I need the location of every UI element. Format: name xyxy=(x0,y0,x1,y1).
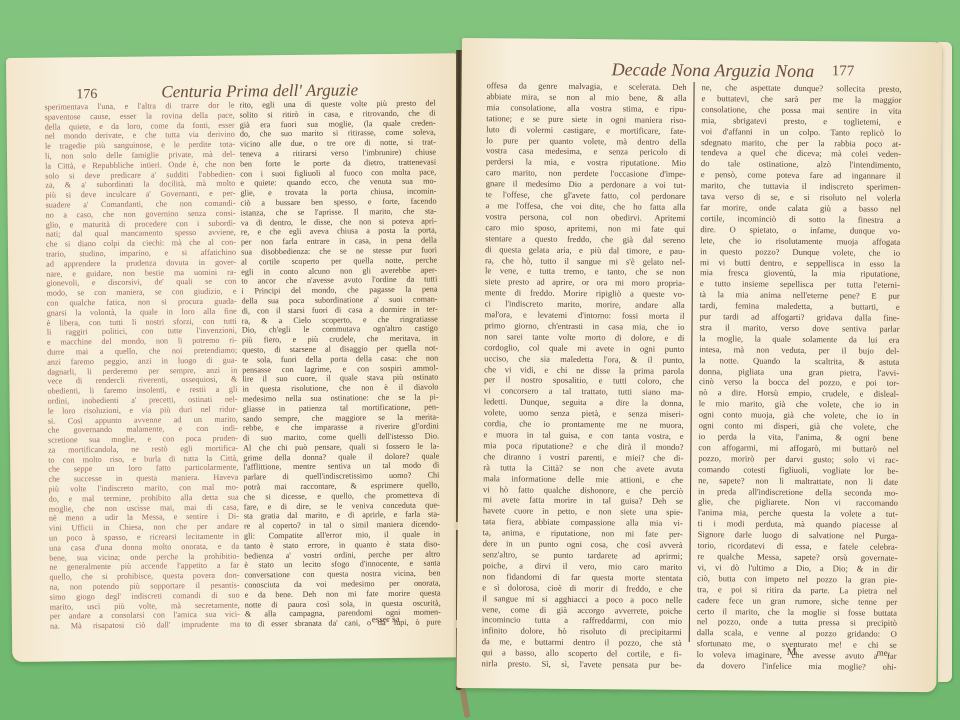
left-page: 176 Centuria Prima dell' Arguzie sperime… xyxy=(6,53,462,662)
text-line: to di esser sbranata da' cani, o da' lup… xyxy=(245,618,441,630)
text-line: nirla presto. Sì, sì, l'avete pensata pu… xyxy=(481,658,681,671)
left-page-column-1: sperimentava l'una, e l'altra di trarre … xyxy=(44,101,240,632)
right-page-column-1: offesa da genre malvagia, e scelerata. D… xyxy=(481,80,686,671)
left-page-column-2: rito, egli una di queste volte più prest… xyxy=(239,99,441,630)
page-number-left: 176 xyxy=(76,87,97,103)
text-line: da dovero l'infelice mia moglie? ohi- xyxy=(696,660,896,673)
text-line: na. Mà risapatosi ciò dall' imprudente m… xyxy=(50,620,240,632)
page-number-right: 177 xyxy=(832,63,855,80)
catchword-right: me, xyxy=(877,648,890,658)
running-head-right: Decade Nona Arguzia Nona xyxy=(612,59,815,82)
right-page: Decade Nona Arguzia Nona 177 offesa da g… xyxy=(456,38,942,692)
column-rule xyxy=(689,82,695,642)
right-page-column-2: ne, che aspettate dunque? sollecita pres… xyxy=(696,82,901,673)
catchword-left: esser sa xyxy=(372,614,400,624)
signature-mark: M xyxy=(787,646,797,658)
